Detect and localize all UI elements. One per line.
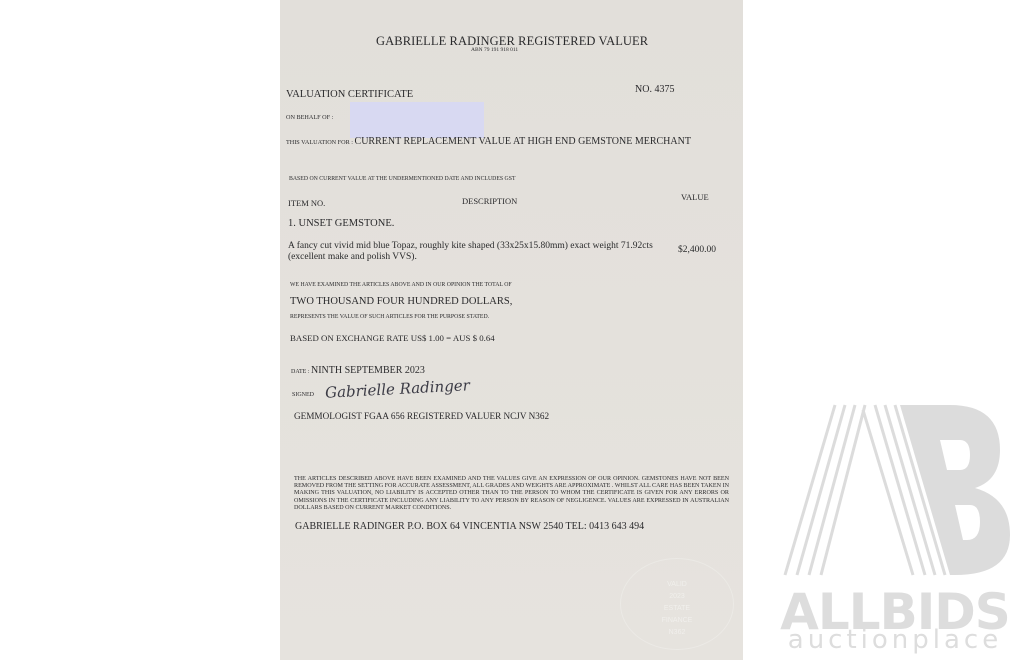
- signed-label: SIGNED: [292, 392, 314, 398]
- certificate-title: VALUATION CERTIFICATE: [286, 89, 413, 100]
- item-title: 1. UNSET GEMSTONE.: [288, 218, 394, 229]
- column-header-value: VALUE: [681, 192, 709, 202]
- item-value: $2,400.00: [678, 245, 716, 255]
- item-description: A fancy cut vivid mid blue Topaz, roughl…: [288, 241, 668, 263]
- allbids-watermark-logo: ALLBIDS auctionplace: [775, 400, 1015, 655]
- valuation-date: DATE : NINTH SEPTEMBER 2023: [291, 365, 425, 376]
- on-behalf-label: ON BEHALF OF :: [286, 114, 333, 121]
- seal-line: 2023: [621, 593, 733, 600]
- valuation-for-value: CURRENT REPLACEMENT VALUE AT HIGH END GE…: [355, 136, 691, 147]
- valuer-address: GABRIELLE RADINGER P.O. BOX 64 VINCENTIA…: [295, 521, 644, 532]
- date-value: NINTH SEPTEMBER 2023: [311, 365, 425, 376]
- seal-line: N362: [621, 629, 733, 636]
- ab-monogram-icon: [775, 400, 1015, 580]
- auctionplace-wordmark: auctionplace: [775, 625, 1015, 655]
- valuer-credentials: GEMMOLOGIST FGAA 656 REGISTERED VALUER N…: [294, 411, 549, 421]
- valuation-certificate-paper: GABRIELLE RADINGER REGISTERED VALUER ABN…: [280, 0, 743, 660]
- certificate-number: NO. 4375: [635, 84, 674, 95]
- exchange-rate: BASED ON EXCHANGE RATE US$ 1.00 = AUS $ …: [290, 333, 495, 343]
- valuation-for-label: THIS VALUATION FOR :: [286, 139, 355, 146]
- basis-note: BASED ON CURRENT VALUE AT THE UNDERMENTI…: [289, 176, 516, 182]
- column-header-item-no: ITEM NO.: [288, 198, 325, 208]
- examined-statement: WE HAVE EXAMINED THE ARTICLES ABOVE AND …: [290, 282, 512, 288]
- column-header-description: DESCRIPTION: [462, 196, 517, 206]
- redacted-client-name: [350, 102, 484, 138]
- embossed-seal: VALID 2023 ESTATE FINANCE N362: [620, 558, 734, 650]
- valuation-purpose: THIS VALUATION FOR : CURRENT REPLACEMENT…: [286, 136, 691, 147]
- represents-statement: REPRESENTS THE VALUE OF SUCH ARTICLES FO…: [290, 314, 489, 320]
- date-label: DATE :: [291, 369, 311, 375]
- total-in-words: TWO THOUSAND FOUR HUNDRED DOLLARS,: [290, 296, 512, 307]
- signature: Gabrielle Radinger: [325, 376, 471, 402]
- disclaimer-text: THE ARTICLES DESCRIBED ABOVE HAVE BEEN E…: [294, 476, 729, 512]
- seal-line: FINANCE: [621, 617, 733, 624]
- abn-number: ABN 79 191 918 011: [471, 47, 518, 53]
- seal-line: VALID: [621, 581, 733, 588]
- seal-line: ESTATE: [621, 605, 733, 612]
